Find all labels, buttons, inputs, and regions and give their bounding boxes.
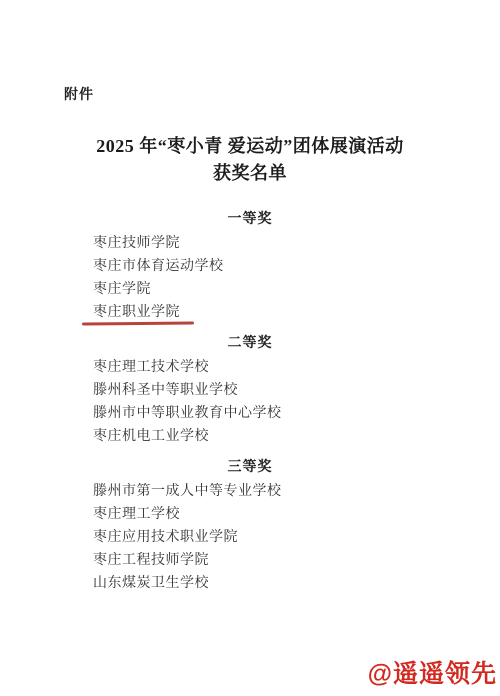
school-item: 滕州市中等职业教育中心学校 bbox=[93, 402, 500, 425]
document-title: 2025 年“枣小青 爱运动”团体展演活动 获奖名单 bbox=[0, 133, 500, 187]
section-heading-second-prize: 二等奖 bbox=[0, 330, 500, 354]
school-list-second-prize: 枣庄理工技术学校 滕州科圣中等职业学校 滕州市中等职业教育中心学校 枣庄机电工业… bbox=[0, 356, 500, 448]
school-item: 枣庄机电工业学校 bbox=[93, 425, 500, 448]
school-item: 枣庄学院 bbox=[93, 278, 500, 301]
school-item: 枣庄理工学校 bbox=[93, 503, 500, 526]
school-list-first-prize: 枣庄技师学院 枣庄市体育运动学校 枣庄学院 枣庄职业学院 bbox=[0, 232, 500, 324]
school-item: 枣庄市体育运动学校 bbox=[93, 255, 500, 278]
school-item: 枣庄理工技术学校 bbox=[93, 356, 500, 379]
watermark: @遥遥领先 bbox=[368, 654, 497, 690]
school-item-underlined: 枣庄职业学院 bbox=[93, 301, 500, 324]
school-item: 枣庄工程技师学院 bbox=[93, 549, 500, 572]
school-item: 枣庄技师学院 bbox=[93, 232, 500, 255]
school-item: 山东煤炭卫生学校 bbox=[93, 572, 500, 595]
school-item: 枣庄应用技术职业学院 bbox=[93, 526, 500, 549]
title-line-2: 获奖名单 bbox=[0, 160, 500, 187]
title-line-1: 2025 年“枣小青 爱运动”团体展演活动 bbox=[0, 133, 500, 160]
school-item: 滕州市第一成人中等专业学校 bbox=[93, 480, 500, 503]
school-item: 滕州科圣中等职业学校 bbox=[93, 379, 500, 402]
document-page: 附件 2025 年“枣小青 爱运动”团体展演活动 获奖名单 一等奖 枣庄技师学院… bbox=[0, 0, 500, 696]
award-sections: 一等奖 枣庄技师学院 枣庄市体育运动学校 枣庄学院 枣庄职业学院 二等奖 枣庄理… bbox=[0, 206, 500, 595]
attachment-label: 附件 bbox=[64, 84, 94, 104]
school-list-third-prize: 滕州市第一成人中等专业学校 枣庄理工学校 枣庄应用技术职业学院 枣庄工程技师学院… bbox=[0, 480, 500, 595]
section-heading-first-prize: 一等奖 bbox=[0, 206, 500, 230]
section-second-prize: 二等奖 枣庄理工技术学校 滕州科圣中等职业学校 滕州市中等职业教育中心学校 枣庄… bbox=[0, 330, 500, 448]
section-heading-third-prize: 三等奖 bbox=[0, 454, 500, 478]
section-first-prize: 一等奖 枣庄技师学院 枣庄市体育运动学校 枣庄学院 枣庄职业学院 bbox=[0, 206, 500, 324]
section-third-prize: 三等奖 滕州市第一成人中等专业学校 枣庄理工学校 枣庄应用技术职业学院 枣庄工程… bbox=[0, 454, 500, 595]
